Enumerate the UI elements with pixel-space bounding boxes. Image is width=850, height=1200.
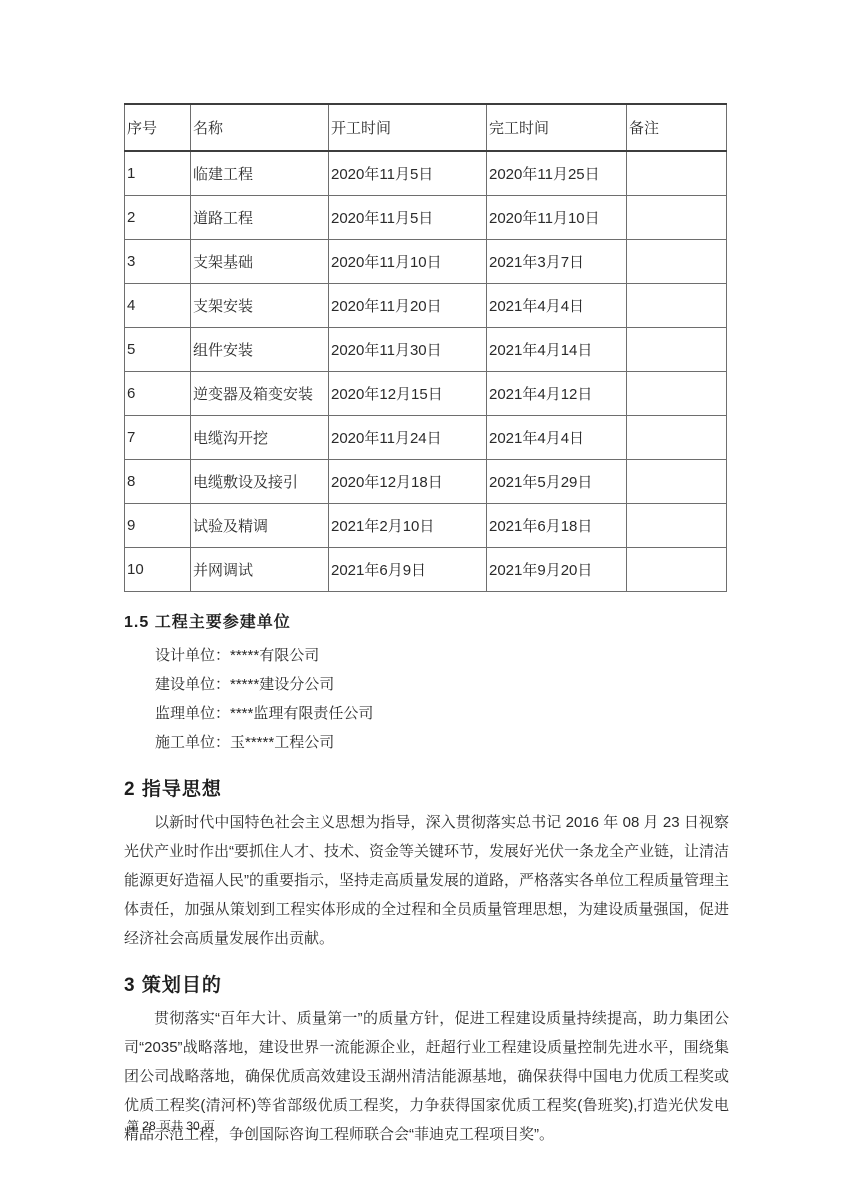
participant-owner: 建设单位：*****建设分公司 [124,670,729,699]
section-heading-guiding-ideology: 2 指导思想 [124,778,729,801]
table-cell [627,415,727,459]
participant-contractor: 施工单位：玉*****工程公司 [124,728,729,757]
table-cell: 2020年11月25日 [487,151,627,195]
table-cell: 2020年11月5日 [329,151,487,195]
participant-list: 设计单位：*****有限公司 建设单位：*****建设分公司 监理单位：****… [124,641,729,757]
table-cell: 2021年3月7日 [487,239,627,283]
table-cell [627,195,727,239]
table-column-header: 完工时间 [487,104,627,151]
table-column-header: 序号 [125,104,191,151]
table-row: 4支架安装2020年11月20日2021年4月4日 [125,283,727,327]
table-cell: 支架基础 [191,239,329,283]
table-cell [627,151,727,195]
table-cell: 2020年11月30日 [329,327,487,371]
table-cell: 2020年12月15日 [329,371,487,415]
table-cell: 2021年9月20日 [487,547,627,591]
table-cell: 2020年12月18日 [329,459,487,503]
table-cell: 2021年6月18日 [487,503,627,547]
table-cell: 2021年4月4日 [487,415,627,459]
table-row: 9试验及精调2021年2月10日2021年6月18日 [125,503,727,547]
table-cell: 并网调试 [191,547,329,591]
participant-supervision: 监理单位：****监理有限责任公司 [124,699,729,728]
table-row: 2道路工程2020年11月5日2020年11月10日 [125,195,727,239]
table-cell: 10 [125,547,191,591]
table-column-header: 备注 [627,104,727,151]
document-page: 序号名称开工时间完工时间备注 1临建工程2020年11月5日2020年11月25… [0,0,850,1200]
table-cell: 2021年4月4日 [487,283,627,327]
table-cell: 4 [125,283,191,327]
table-cell: 3 [125,239,191,283]
table-cell: 6 [125,371,191,415]
table-cell: 2020年11月24日 [329,415,487,459]
construction-schedule-table: 序号名称开工时间完工时间备注 1临建工程2020年11月5日2020年11月25… [124,103,727,592]
table-row: 1临建工程2020年11月5日2020年11月25日 [125,151,727,195]
table-cell: 1 [125,151,191,195]
table-cell: 2021年2月10日 [329,503,487,547]
table-cell: 9 [125,503,191,547]
table-cell [627,547,727,591]
table-cell [627,327,727,371]
page-number-indicator: 第 28 页共 30 页 [127,1117,215,1134]
table-cell: 2020年11月10日 [487,195,627,239]
table-cell: 2021年4月12日 [487,371,627,415]
table-cell: 组件安装 [191,327,329,371]
table-cell: 逆变器及箱变安装 [191,371,329,415]
document-content: 序号名称开工时间完工时间备注 1临建工程2020年11月5日2020年11月25… [124,103,729,1149]
table-body: 1临建工程2020年11月5日2020年11月25日2道路工程2020年11月5… [125,151,727,591]
section-heading-participants: 1.5 工程主要参建单位 [124,609,729,632]
table-cell: 电缆敷设及接引 [191,459,329,503]
table-row: 3支架基础2020年11月10日2021年3月7日 [125,239,727,283]
table-row: 8电缆敷设及接引2020年12月18日2021年5月29日 [125,459,727,503]
table-cell: 2021年4月14日 [487,327,627,371]
table-cell: 2 [125,195,191,239]
table-header-row: 序号名称开工时间完工时间备注 [125,104,727,151]
table-cell: 5 [125,327,191,371]
participant-design: 设计单位：*****有限公司 [124,641,729,670]
table-cell: 7 [125,415,191,459]
table-row: 10并网调试2021年6月9日2021年9月20日 [125,547,727,591]
table-cell: 试验及精调 [191,503,329,547]
table-cell [627,371,727,415]
table-cell [627,503,727,547]
table-column-header: 开工时间 [329,104,487,151]
table-cell: 8 [125,459,191,503]
table-cell: 2021年6月9日 [329,547,487,591]
table-row: 5组件安装2020年11月30日2021年4月14日 [125,327,727,371]
table-cell: 2021年5月29日 [487,459,627,503]
section-heading-planning-purpose: 3 策划目的 [124,974,729,997]
table-cell: 2020年11月10日 [329,239,487,283]
table-cell: 电缆沟开挖 [191,415,329,459]
table-row: 6逆变器及箱变安装2020年12月15日2021年4月12日 [125,371,727,415]
table-cell [627,459,727,503]
table-column-header: 名称 [191,104,329,151]
guiding-ideology-paragraph: 以新时代中国特色社会主义思想为指导，深入贯彻落实总书记 2016 年 08 月 … [124,808,729,953]
table-cell: 临建工程 [191,151,329,195]
table-row: 7电缆沟开挖2020年11月24日2021年4月4日 [125,415,727,459]
table-cell: 2020年11月5日 [329,195,487,239]
table-cell: 2020年11月20日 [329,283,487,327]
table-cell [627,283,727,327]
table-cell: 道路工程 [191,195,329,239]
table-cell [627,239,727,283]
table-cell: 支架安装 [191,283,329,327]
